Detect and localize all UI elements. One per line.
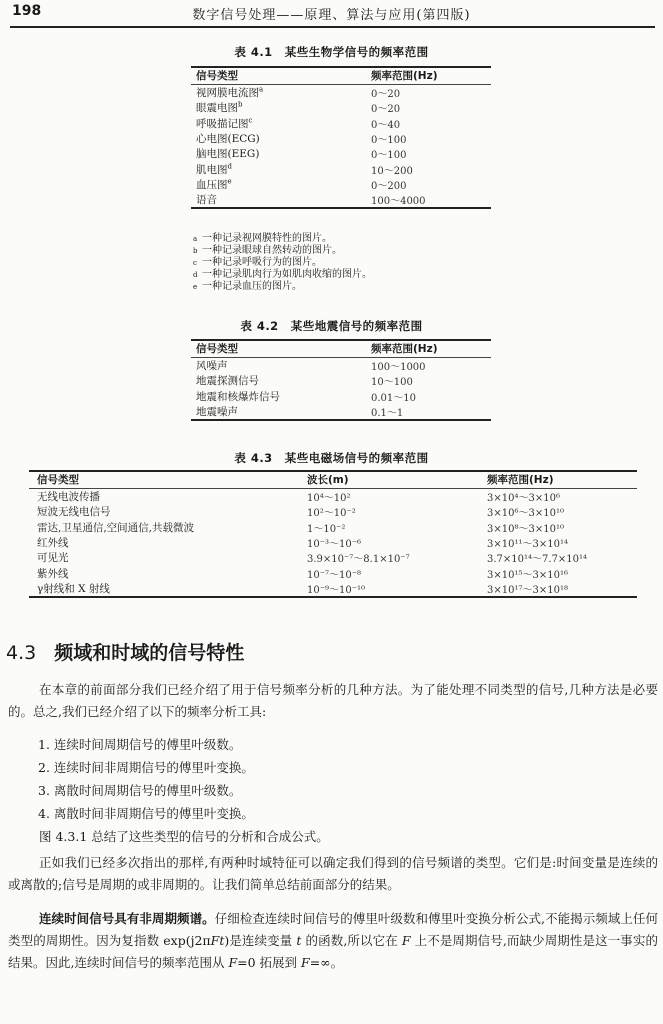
header-rule	[10, 26, 655, 28]
table-row: 风噪声100～1000	[191, 358, 491, 374]
signal-type: γ射线和 X 射线	[29, 581, 307, 597]
list-item: 1. 连续时间周期信号的傅里叶级数。	[38, 735, 241, 753]
table-4-1-footnotes: a一种记录视网膜特性的图片。 b一种记录眼球自然转动的图片。 c一种记录呼吸行为…	[193, 233, 372, 293]
column-header: 频率范围(Hz)	[487, 471, 637, 489]
footnote: b一种记录眼球自然转动的图片。	[193, 245, 372, 257]
signal-type: 风噪声	[191, 358, 371, 374]
signal-type: 地震探测信号	[191, 373, 371, 388]
signal-type: 雷达,卫星通信,空间通信,共载微波	[29, 520, 307, 535]
footnote: a一种记录视网膜特性的图片。	[193, 233, 372, 245]
math-var: F	[228, 955, 237, 970]
table-4-3: 信号类型 波长(m) 频率范围(Hz) 无线电波传播10⁴～10²3×10⁴～3…	[29, 470, 637, 598]
paragraph-continuous-time: 连续时间信号具有非周期频谱。仔细检查连续时间信号的傅里叶级数和傅里叶变换分析公式…	[8, 908, 658, 974]
footnote-mark: c	[193, 257, 202, 269]
footnote-text: 一种记录血压的图片。	[202, 281, 302, 292]
signal-type: 眼震电图	[196, 102, 238, 114]
wavelength: 10⁻⁷～10⁻⁸	[307, 565, 487, 580]
list-item: 2. 连续时间非周期信号的傅里叶变换。	[38, 758, 254, 776]
footnote-mark: e	[193, 281, 202, 293]
table-row: 脑电图(EEG)0～100	[191, 146, 491, 161]
footnote-mark: b	[193, 245, 202, 257]
text-run: )是连续变量	[224, 933, 296, 948]
list-item: 4. 离散时间非周期信号的傅里叶变换。	[38, 804, 254, 822]
paragraph-summary: 正如我们已经多次指出的那样,有两种时域特征可以确定我们得到的信号频谱的类型。它们…	[8, 852, 658, 896]
frequency-range: 0～100	[371, 146, 491, 161]
footnote-marker: b	[238, 101, 242, 109]
section-heading: 4.3频域和时域的信号特性	[6, 638, 244, 665]
frequency-range: 0～100	[371, 131, 491, 146]
paragraph-figure-ref: 图 4.3.1 总结了这些类型的信号的分析和合成公式。	[39, 826, 639, 848]
frequency-range: 0～200	[371, 177, 491, 192]
frequency-range: 0～20	[371, 100, 491, 115]
frequency-range: 100～1000	[371, 358, 491, 374]
running-title: 数字信号处理——原理、算法与应用(第四版)	[0, 4, 663, 23]
signal-type: 红外线	[29, 535, 307, 550]
footnote-marker: d	[228, 162, 232, 170]
signal-type: 血压图	[196, 179, 228, 191]
signal-type: 呼吸描记图	[196, 118, 249, 130]
footnote-text: 一种记录视网膜特性的图片。	[202, 233, 332, 244]
table-4-3-caption: 表 4.3 某些电磁场信号的频率范围	[0, 450, 663, 466]
frequency-range: 3.7×10¹⁴～7.7×10¹⁴	[487, 550, 637, 565]
signal-type: 肌电图	[196, 164, 228, 176]
wavelength: 10⁴～10²	[307, 489, 487, 505]
column-header: 信号类型	[191, 67, 371, 85]
signal-type: 可见光	[29, 550, 307, 565]
paragraph-lead: 连续时间信号具有非周期频谱。	[39, 911, 215, 926]
frequency-range: 0.01～10	[371, 389, 491, 404]
footnote: d一种记录肌肉行为如肌肉收缩的图片。	[193, 269, 372, 281]
table-row: 眼震电图b0～20	[191, 100, 491, 115]
table-row: 短波无线电信号10²～10⁻²3×10⁶～3×10¹⁰	[29, 504, 637, 519]
footnote: e一种记录血压的图片。	[193, 281, 372, 293]
column-header: 频率范围(Hz)	[371, 67, 491, 85]
table-row: 地震探测信号10～100	[191, 373, 491, 388]
text-run: =0 拓展到	[237, 955, 301, 970]
table-4-2: 信号类型 频率范围(Hz) 风噪声100～1000 地震探测信号10～100 地…	[191, 339, 491, 421]
table-row: 语音100～4000	[191, 192, 491, 208]
footnote-text: 一种记录呼吸行为的图片。	[202, 257, 322, 268]
footnote: c一种记录呼吸行为的图片。	[193, 257, 372, 269]
wavelength: 1～10⁻²	[307, 520, 487, 535]
frequency-range: 0.1～1	[371, 404, 491, 420]
signal-type: 地震和核爆炸信号	[191, 389, 371, 404]
table-4-1-caption: 表 4.1 某些生物学信号的频率范围	[0, 44, 663, 60]
math-var: F	[402, 933, 411, 948]
frequency-range: 3×10¹⁵～3×10¹⁶	[487, 565, 637, 580]
section-title: 频域和时域的信号特性	[54, 642, 244, 664]
table-row: 肌电图d10～200	[191, 161, 491, 176]
signal-type: 地震噪声	[191, 404, 371, 420]
math-var: F	[301, 955, 310, 970]
frequency-range: 3×10⁶～3×10¹⁰	[487, 504, 637, 519]
math-var: Ft	[211, 933, 225, 948]
signal-type: 无线电波传播	[29, 489, 307, 505]
frequency-range: 0～40	[371, 116, 491, 131]
column-header: 信号类型	[191, 340, 371, 358]
table-row: 可见光3.9×10⁻⁷～8.1×10⁻⁷3.7×10¹⁴～7.7×10¹⁴	[29, 550, 637, 565]
wavelength: 3.9×10⁻⁷～8.1×10⁻⁷	[307, 550, 487, 565]
column-header: 波长(m)	[307, 471, 487, 489]
frequency-range: 0～20	[371, 85, 491, 101]
table-4-1: 信号类型 频率范围(Hz) 视网膜电流图a0～20 眼震电图b0～20 呼吸描记…	[191, 66, 491, 209]
signal-type: 紫外线	[29, 565, 307, 580]
section-number: 4.3	[6, 642, 36, 664]
table-row: 紫外线10⁻⁷～10⁻⁸3×10¹⁵～3×10¹⁶	[29, 565, 637, 580]
table-row: 红外线10⁻³～10⁻⁶3×10¹¹～3×10¹⁴	[29, 535, 637, 550]
wavelength: 10⁻³～10⁻⁶	[307, 535, 487, 550]
frequency-range: 10～100	[371, 373, 491, 388]
list-item: 3. 离散时间周期信号的傅里叶级数。	[38, 781, 241, 799]
table-row: 地震噪声0.1～1	[191, 404, 491, 420]
column-header: 信号类型	[29, 471, 307, 489]
frequency-range: 10～200	[371, 161, 491, 176]
wavelength: 10⁻⁹～10⁻¹⁰	[307, 581, 487, 597]
footnote-mark: a	[193, 233, 202, 245]
signal-type: 视网膜电流图	[196, 87, 259, 99]
table-row: γ射线和 X 射线10⁻⁹～10⁻¹⁰3×10¹⁷～3×10¹⁸	[29, 581, 637, 597]
footnote-text: 一种记录眼球自然转动的图片。	[202, 245, 342, 256]
table-row: 呼吸描记图c0～40	[191, 116, 491, 131]
text-run: =∞。	[310, 955, 343, 970]
wavelength: 10²～10⁻²	[307, 504, 487, 519]
frequency-range: 3×10¹⁷～3×10¹⁸	[487, 581, 637, 597]
frequency-range: 3×10⁴～3×10⁶	[487, 489, 637, 505]
signal-type: 脑电图(EEG)	[196, 148, 259, 160]
table-row: 血压图e0～200	[191, 177, 491, 192]
frequency-range: 3×10¹¹～3×10¹⁴	[487, 535, 637, 550]
signal-type: 语音	[196, 194, 217, 206]
footnote-marker: e	[228, 177, 232, 185]
footnote-text: 一种记录肌肉行为如肌肉收缩的图片。	[202, 269, 372, 280]
column-header: 频率范围(Hz)	[371, 340, 491, 358]
table-row: 视网膜电流图a0～20	[191, 85, 491, 101]
footnote-mark: d	[193, 269, 202, 281]
frequency-range: 100～4000	[371, 192, 491, 208]
table-row: 无线电波传播10⁴～10²3×10⁴～3×10⁶	[29, 489, 637, 505]
text-run: 的函数,所以它在	[301, 933, 401, 948]
table-row: 地震和核爆炸信号0.01～10	[191, 389, 491, 404]
table-row: 心电图(ECG)0～100	[191, 131, 491, 146]
table-4-2-caption: 表 4.2 某些地震信号的频率范围	[0, 318, 663, 334]
paragraph-intro: 在本章的前面部分我们已经介绍了用于信号频率分析的几种方法。为了能处理不同类型的信…	[8, 679, 658, 723]
table-row: 雷达,卫星通信,空间通信,共载微波1～10⁻²3×10⁸～3×10¹⁰	[29, 520, 637, 535]
footnote-marker: a	[259, 86, 263, 94]
signal-type: 心电图(ECG)	[196, 133, 260, 145]
frequency-range: 3×10⁸～3×10¹⁰	[487, 520, 637, 535]
footnote-marker: c	[249, 116, 253, 124]
signal-type: 短波无线电信号	[29, 504, 307, 519]
